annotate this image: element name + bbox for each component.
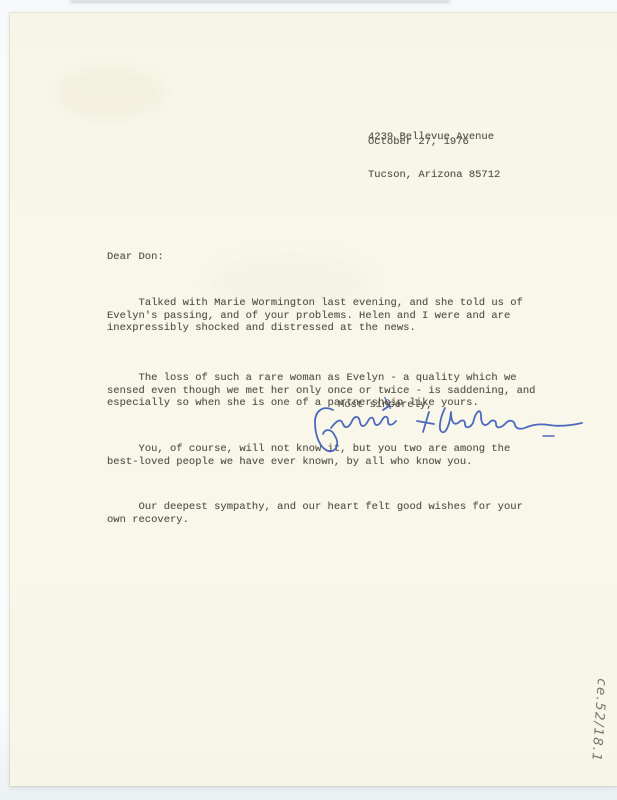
letter-paper: 4239 Bellevue Avenue Tucson, Arizona 857… [10, 13, 617, 786]
sender-address: 4239 Bellevue Avenue Tucson, Arizona 857… [368, 106, 500, 207]
paper-stain [55, 68, 165, 118]
letter-body: Dear Don: Talked with Marie Wormington l… [107, 226, 587, 552]
signature-handwriting [295, 398, 585, 464]
scanned-letter-page: 4239 Bellevue Avenue Tucson, Arizona 857… [0, 0, 617, 800]
letter-date: October 27, 1976 [368, 136, 469, 149]
paragraph-1: Talked with Marie Wormington last evenin… [107, 297, 587, 335]
scan-edge-smudge [70, 0, 450, 3]
address-line-city: Tucson, Arizona 85712 [368, 169, 500, 182]
paragraph-4: Our deepest sympathy, and our heart felt… [107, 501, 587, 526]
archival-number-pencil: ce.52/18.1 [588, 678, 609, 763]
salutation: Dear Don: [107, 251, 587, 264]
